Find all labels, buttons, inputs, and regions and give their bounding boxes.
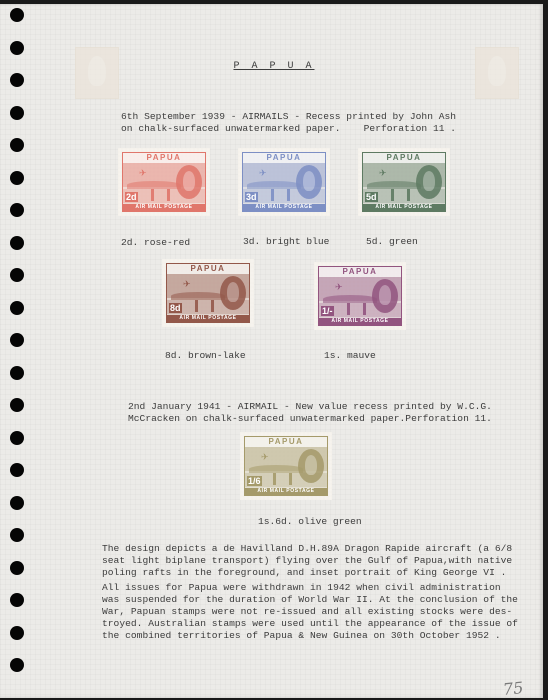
stamp-value: 2d (125, 192, 138, 202)
binder-hole (10, 626, 24, 640)
watermark-stamp-image-left (75, 47, 119, 99)
description-line-3: poling rafts in the foreground, and inse… (102, 567, 506, 579)
stamp-footer: AIR MAIL POSTAGE (319, 318, 401, 325)
pencil-page-number: 75 (502, 678, 524, 699)
issue-1939-line-2: on chalk-surfaced unwatermarked paper. P… (121, 123, 456, 135)
watermark-stamp-image-right (475, 47, 519, 99)
binder-hole (10, 41, 24, 55)
issue-1941-line-1: 2nd January 1941 - AIRMAIL - New value r… (128, 401, 492, 413)
airplane-icon: ✈ (183, 281, 191, 290)
stamp-country: PAPUA (319, 267, 401, 277)
stamp: PAPUA ✈ 2d AIR MAIL POSTAGE (118, 148, 210, 216)
stamp: PAPUA ✈ 1/6 AIR MAIL POSTAGE (240, 432, 332, 500)
binder-hole (10, 301, 24, 315)
binder-hole (10, 593, 24, 607)
history-line-1: All issues for Papua were withdrawn in 1… (102, 582, 501, 594)
binder-hole (10, 463, 24, 477)
stamp-country: PAPUA (243, 153, 325, 163)
description-line-1: The design depicts a de Havilland D.H.89… (102, 543, 512, 555)
stamp-country: PAPUA (245, 437, 327, 447)
stamp-label: 1s. mauve (324, 350, 376, 361)
airplane-icon: ✈ (335, 284, 343, 293)
history-line-2: was suspended for the duration of World … (102, 594, 518, 606)
binder-hole (10, 528, 24, 542)
binder-hole (10, 73, 24, 87)
king-portrait-icon (416, 165, 442, 199)
binder-hole (10, 268, 24, 282)
stamp-value: 3d (245, 192, 258, 202)
binder-hole (10, 203, 24, 217)
issue-1941-line-2: McCracken on chalk-surfaced unwatermarke… (128, 413, 492, 425)
page-title: P A P U A (0, 61, 548, 72)
binder-hole (10, 333, 24, 347)
king-portrait-icon (176, 165, 202, 199)
stamp-footer: AIR MAIL POSTAGE (243, 204, 325, 211)
king-portrait-icon (220, 276, 246, 310)
stamp-footer: AIR MAIL POSTAGE (363, 204, 445, 211)
airplane-icon: ✈ (379, 170, 387, 179)
stamp-value: 5d (365, 192, 378, 202)
stamp: PAPUA ✈ 8d AIR MAIL POSTAGE (162, 259, 254, 327)
stamp-country: PAPUA (123, 153, 205, 163)
king-portrait-icon (298, 449, 324, 483)
king-portrait-icon (296, 165, 322, 199)
stamp-label: 3d. bright blue (243, 236, 329, 247)
stamp-footer: AIR MAIL POSTAGE (123, 204, 205, 211)
king-portrait-icon (372, 279, 398, 313)
description-line-2: seat light biplane transport) flying ove… (102, 555, 512, 567)
binder-hole (10, 138, 24, 152)
airplane-icon: ✈ (139, 170, 147, 179)
history-line-4: troyed. Australian stamps were used unti… (102, 618, 518, 630)
stamp-country: PAPUA (167, 264, 249, 274)
stamp-value: 1/- (321, 306, 334, 316)
binder-hole (10, 658, 24, 672)
stamp-label: 5d. green (366, 236, 418, 247)
stamp-value: 1/6 (247, 476, 262, 486)
stamp-value: 8d (169, 303, 182, 313)
binder-hole (10, 8, 24, 22)
binder-hole (10, 171, 24, 185)
airplane-icon: ✈ (259, 170, 267, 179)
stamp-label: 2d. rose-red (121, 237, 190, 248)
binder-hole (10, 398, 24, 412)
stamp-footer: AIR MAIL POSTAGE (167, 315, 249, 322)
stamp: PAPUA ✈ 3d AIR MAIL POSTAGE (238, 148, 330, 216)
issue-1939-line-1: 6th September 1939 - AIRMAILS - Recess p… (121, 111, 456, 123)
stamp: PAPUA ✈ 1/- AIR MAIL POSTAGE (314, 262, 406, 330)
binder-hole (10, 106, 24, 120)
album-page: P A P U A 6th September 1939 - AIRMAILS … (0, 4, 543, 698)
binder-hole (10, 366, 24, 380)
stamp-country: PAPUA (363, 153, 445, 163)
airplane-icon: ✈ (261, 454, 269, 463)
binder-hole (10, 431, 24, 445)
stamp-footer: AIR MAIL POSTAGE (245, 488, 327, 495)
binder-hole (10, 561, 24, 575)
binder-hole (10, 236, 24, 250)
stamp-label: 1s.6d. olive green (258, 516, 362, 527)
stamp-label: 8d. brown-lake (165, 350, 246, 361)
history-line-3: War, Papuan stamps were not re-issued an… (102, 606, 512, 618)
binder-hole (10, 496, 24, 510)
history-line-5: the combined territories of Papua & New … (102, 630, 501, 642)
stamp: PAPUA ✈ 5d AIR MAIL POSTAGE (358, 148, 450, 216)
